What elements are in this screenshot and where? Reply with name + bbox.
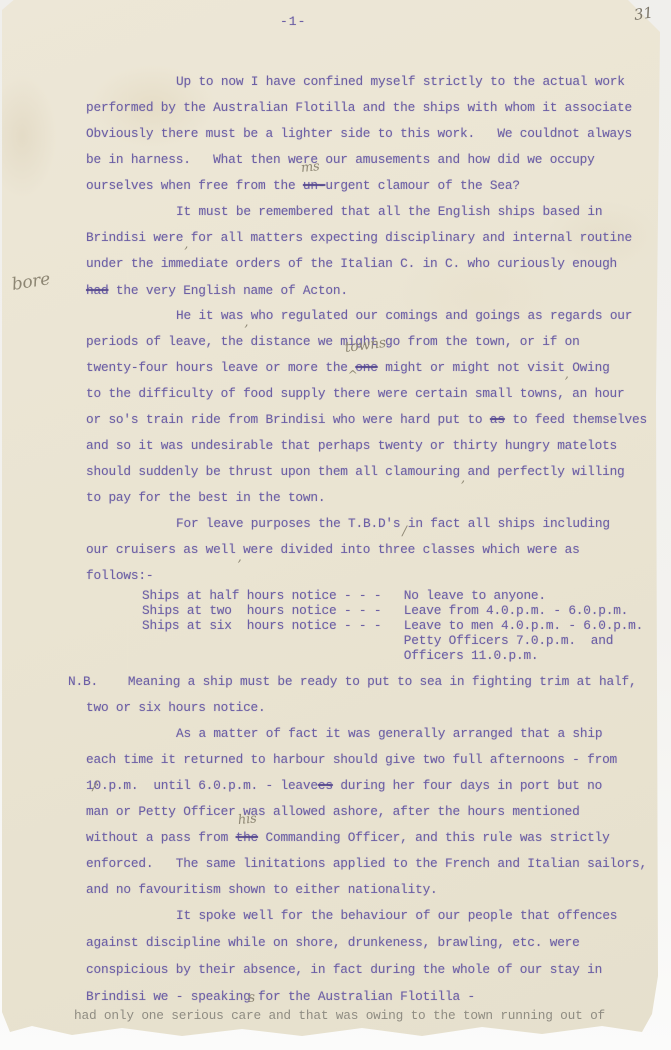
handwritten-annotation: ms	[300, 161, 302, 176]
typed-text: Brindisi we - speaking for the Australia…	[86, 989, 475, 1004]
handwritten-annotation: s	[248, 991, 249, 1006]
struck-text: as	[490, 412, 505, 427]
typed-line: and no favouritism shown to either natio…	[86, 882, 438, 897]
typed-line: He it was, who regulated our comings and…	[176, 308, 632, 323]
typed-line: Obviously there must be a lighter side t…	[86, 126, 632, 141]
typed-text: be in harness. What then were our amusem…	[86, 152, 595, 167]
typed-line: Ships at six hours notice - - - Leave to…	[142, 618, 643, 633]
typed-text: enforced. The same linitations applied t…	[86, 856, 647, 871]
typed-text: ourselves when free from the	[86, 178, 303, 193]
struck-text: the	[236, 830, 258, 845]
typed-line: N.B. Meaning a ship must be ready to put…	[68, 674, 636, 689]
typed-line: Ships at two hours notice - - - Leave fr…	[142, 603, 628, 618]
scan-background: 31 -1- Up to now I have confined myself …	[0, 0, 671, 1050]
typed-text: N.B. Meaning a ship must be ready to put…	[68, 674, 636, 689]
typed-line: be in harness. What then were our amusem…	[86, 152, 595, 167]
typed-line: ourselves when free from the msun-urgent…	[86, 178, 520, 193]
typed-text: Ships at half hours notice - - - No leav…	[142, 588, 546, 603]
typed-text: Obviously there must be a lighter side t…	[86, 126, 632, 141]
typed-text: conspicious by their absence, in fact du…	[86, 962, 602, 977]
typed-text: Commanding Officer, and this rule was st…	[258, 830, 610, 845]
typed-text: might or might not visit	[378, 360, 565, 375]
typed-line: Petty Officers 7.0.p.m. and	[142, 633, 613, 648]
typed-line: or so's train ride from Brindisi who wer…	[86, 412, 647, 427]
typed-text: Up to now I have confined myself strictl…	[176, 74, 625, 89]
typed-line: Up to now I have confined myself strictl…	[176, 74, 625, 89]
typed-line: Brindisi we - speaking for the Australia…	[86, 989, 475, 1004]
typed-line: Ships at half hours notice - - - No leav…	[142, 588, 546, 603]
typed-text: periods of leave, the distance we might …	[86, 334, 580, 349]
typed-line: each time it returned to harbour should …	[86, 752, 617, 767]
handwritten-annotation: his	[237, 813, 238, 828]
typed-line: should suddenly be thrust upon them all …	[86, 464, 625, 479]
typed-text: Petty Officers 7.0.p.m. and	[142, 633, 613, 648]
typed-line: It must be remembered that all the Engli…	[176, 204, 602, 219]
typed-line: under the immediate orders of the Italia…	[86, 256, 617, 271]
typed-line: performed by the Australian Flotilla and…	[86, 100, 632, 115]
typed-line: twenty-four hours leave or more the town…	[86, 360, 610, 375]
typed-line: enforced. The same linitations applied t…	[86, 856, 647, 871]
typed-text: man or Petty Officer was allowed ashore,…	[86, 804, 580, 819]
typed-line: to the difficulty of food supply there w…	[86, 386, 625, 401]
typed-line: our cruisers as well, were divided into …	[86, 542, 580, 557]
typed-line: 1/0.p.m. until 6.0.p.m. - leavees during…	[86, 778, 602, 793]
typed-line: and so it was undesirable that perhaps t…	[86, 438, 617, 453]
typed-text: two or six hours notice.	[86, 700, 266, 715]
typed-text: follows:-	[86, 568, 153, 583]
typed-text: re and that was owing to the town runnin…	[246, 1008, 605, 1023]
typed-text: It must be remembered that all the Engli…	[176, 204, 602, 219]
typed-text: under the immediate orders of the Italia…	[86, 256, 617, 271]
typed-text: each time it returned to harbour should …	[86, 752, 617, 767]
typed-text: the very English name of Acton.	[108, 283, 347, 298]
typed-text: in fact all ships including	[400, 516, 609, 531]
typed-text: and so it was undesirable that perhaps t…	[86, 438, 617, 453]
paper: -1- Up to now I have confined myself str…	[2, 0, 660, 1042]
typed-line: borehad the very English name of Acton.	[86, 282, 348, 298]
typed-text: and perfectly willing	[460, 464, 625, 479]
struck-text: had	[86, 283, 108, 298]
typed-line: against discipline while on shore, drunk…	[86, 935, 580, 950]
typed-text: our cruisers as well	[86, 542, 236, 557]
handwritten-annotation: towns	[344, 341, 346, 356]
typed-text: or so's train ride from Brindisi who wer…	[86, 412, 490, 427]
typed-line: man or Petty Officer was allowed ashore,…	[86, 804, 580, 819]
struck-text: es	[318, 778, 333, 793]
typed-text: for all matters expecting disciplinary a…	[183, 230, 632, 245]
typed-text: urgent clamour of the Sea?	[325, 178, 519, 193]
typed-text: to pay for the best in the town.	[86, 490, 325, 505]
typed-text: without a pass from	[86, 830, 236, 845]
struck-text: one	[355, 360, 377, 375]
typed-text: It spoke well for the behaviour of our p…	[176, 908, 617, 923]
typed-text: were divided into three classes which we…	[236, 542, 580, 557]
typed-text: Brindisi were	[86, 230, 183, 245]
typed-text: performed by the Australian Flotilla and…	[86, 100, 632, 115]
typed-text: For leave purposes the T.B.D's	[176, 516, 400, 531]
typed-text: to the difficulty of food supply there w…	[86, 386, 625, 401]
typed-line: It spoke well for the behaviour of our p…	[176, 908, 617, 923]
typed-line: two or six hours notice.	[86, 700, 266, 715]
typed-line: to pay for the best in the town.	[86, 490, 325, 505]
typed-text: Owing	[565, 360, 610, 375]
typed-line: follows:-	[86, 568, 153, 583]
typed-text-block: Up to now I have confined myself strictl…	[2, 0, 660, 1042]
typed-text: to feed themselves	[505, 412, 647, 427]
typed-text: As a matter of fact it was generally arr…	[176, 726, 602, 741]
typed-line: Officers 11.0.p.m.	[142, 648, 538, 663]
typed-text: twenty-four hours leave or more the	[86, 360, 355, 375]
typed-line: periods of leave, the distance we might …	[86, 334, 580, 349]
typed-text: should suddenly be thrust upon them all …	[86, 464, 460, 479]
typed-line: without a pass from histhe Commanding Of…	[86, 830, 610, 845]
typed-line: conspicious by their absence, in fact du…	[86, 962, 602, 977]
typed-text: against discipline while on shore, drunk…	[86, 935, 580, 950]
typed-text: Officers 11.0.p.m.	[142, 648, 538, 663]
typed-text: Ships at two hours notice - - - Leave fr…	[142, 603, 628, 618]
typed-text: had only one serious ca	[74, 1008, 246, 1023]
typed-text: during her four days in port but no	[333, 778, 602, 793]
typed-text: and no favouritism shown to either natio…	[86, 882, 438, 897]
handwritten-annotation: bore	[11, 278, 13, 293]
typed-text: He it was	[176, 308, 243, 323]
typed-line: As a matter of fact it was generally arr…	[176, 726, 602, 741]
typed-text: who regulated our comings and goings as …	[243, 308, 632, 323]
typed-line: had only one serious casre and that was …	[74, 1008, 605, 1023]
typed-line: Brindisi were, for all matters expecting…	[86, 230, 632, 245]
typed-line: For leave purposes the T.B.D's/ in fact …	[176, 516, 610, 531]
typed-text: Ships at six hours notice - - - Leave to…	[142, 618, 643, 633]
typed-text: 0.p.m. until 6.0.p.m. - leave	[93, 778, 317, 793]
struck-text: un-	[303, 178, 325, 193]
